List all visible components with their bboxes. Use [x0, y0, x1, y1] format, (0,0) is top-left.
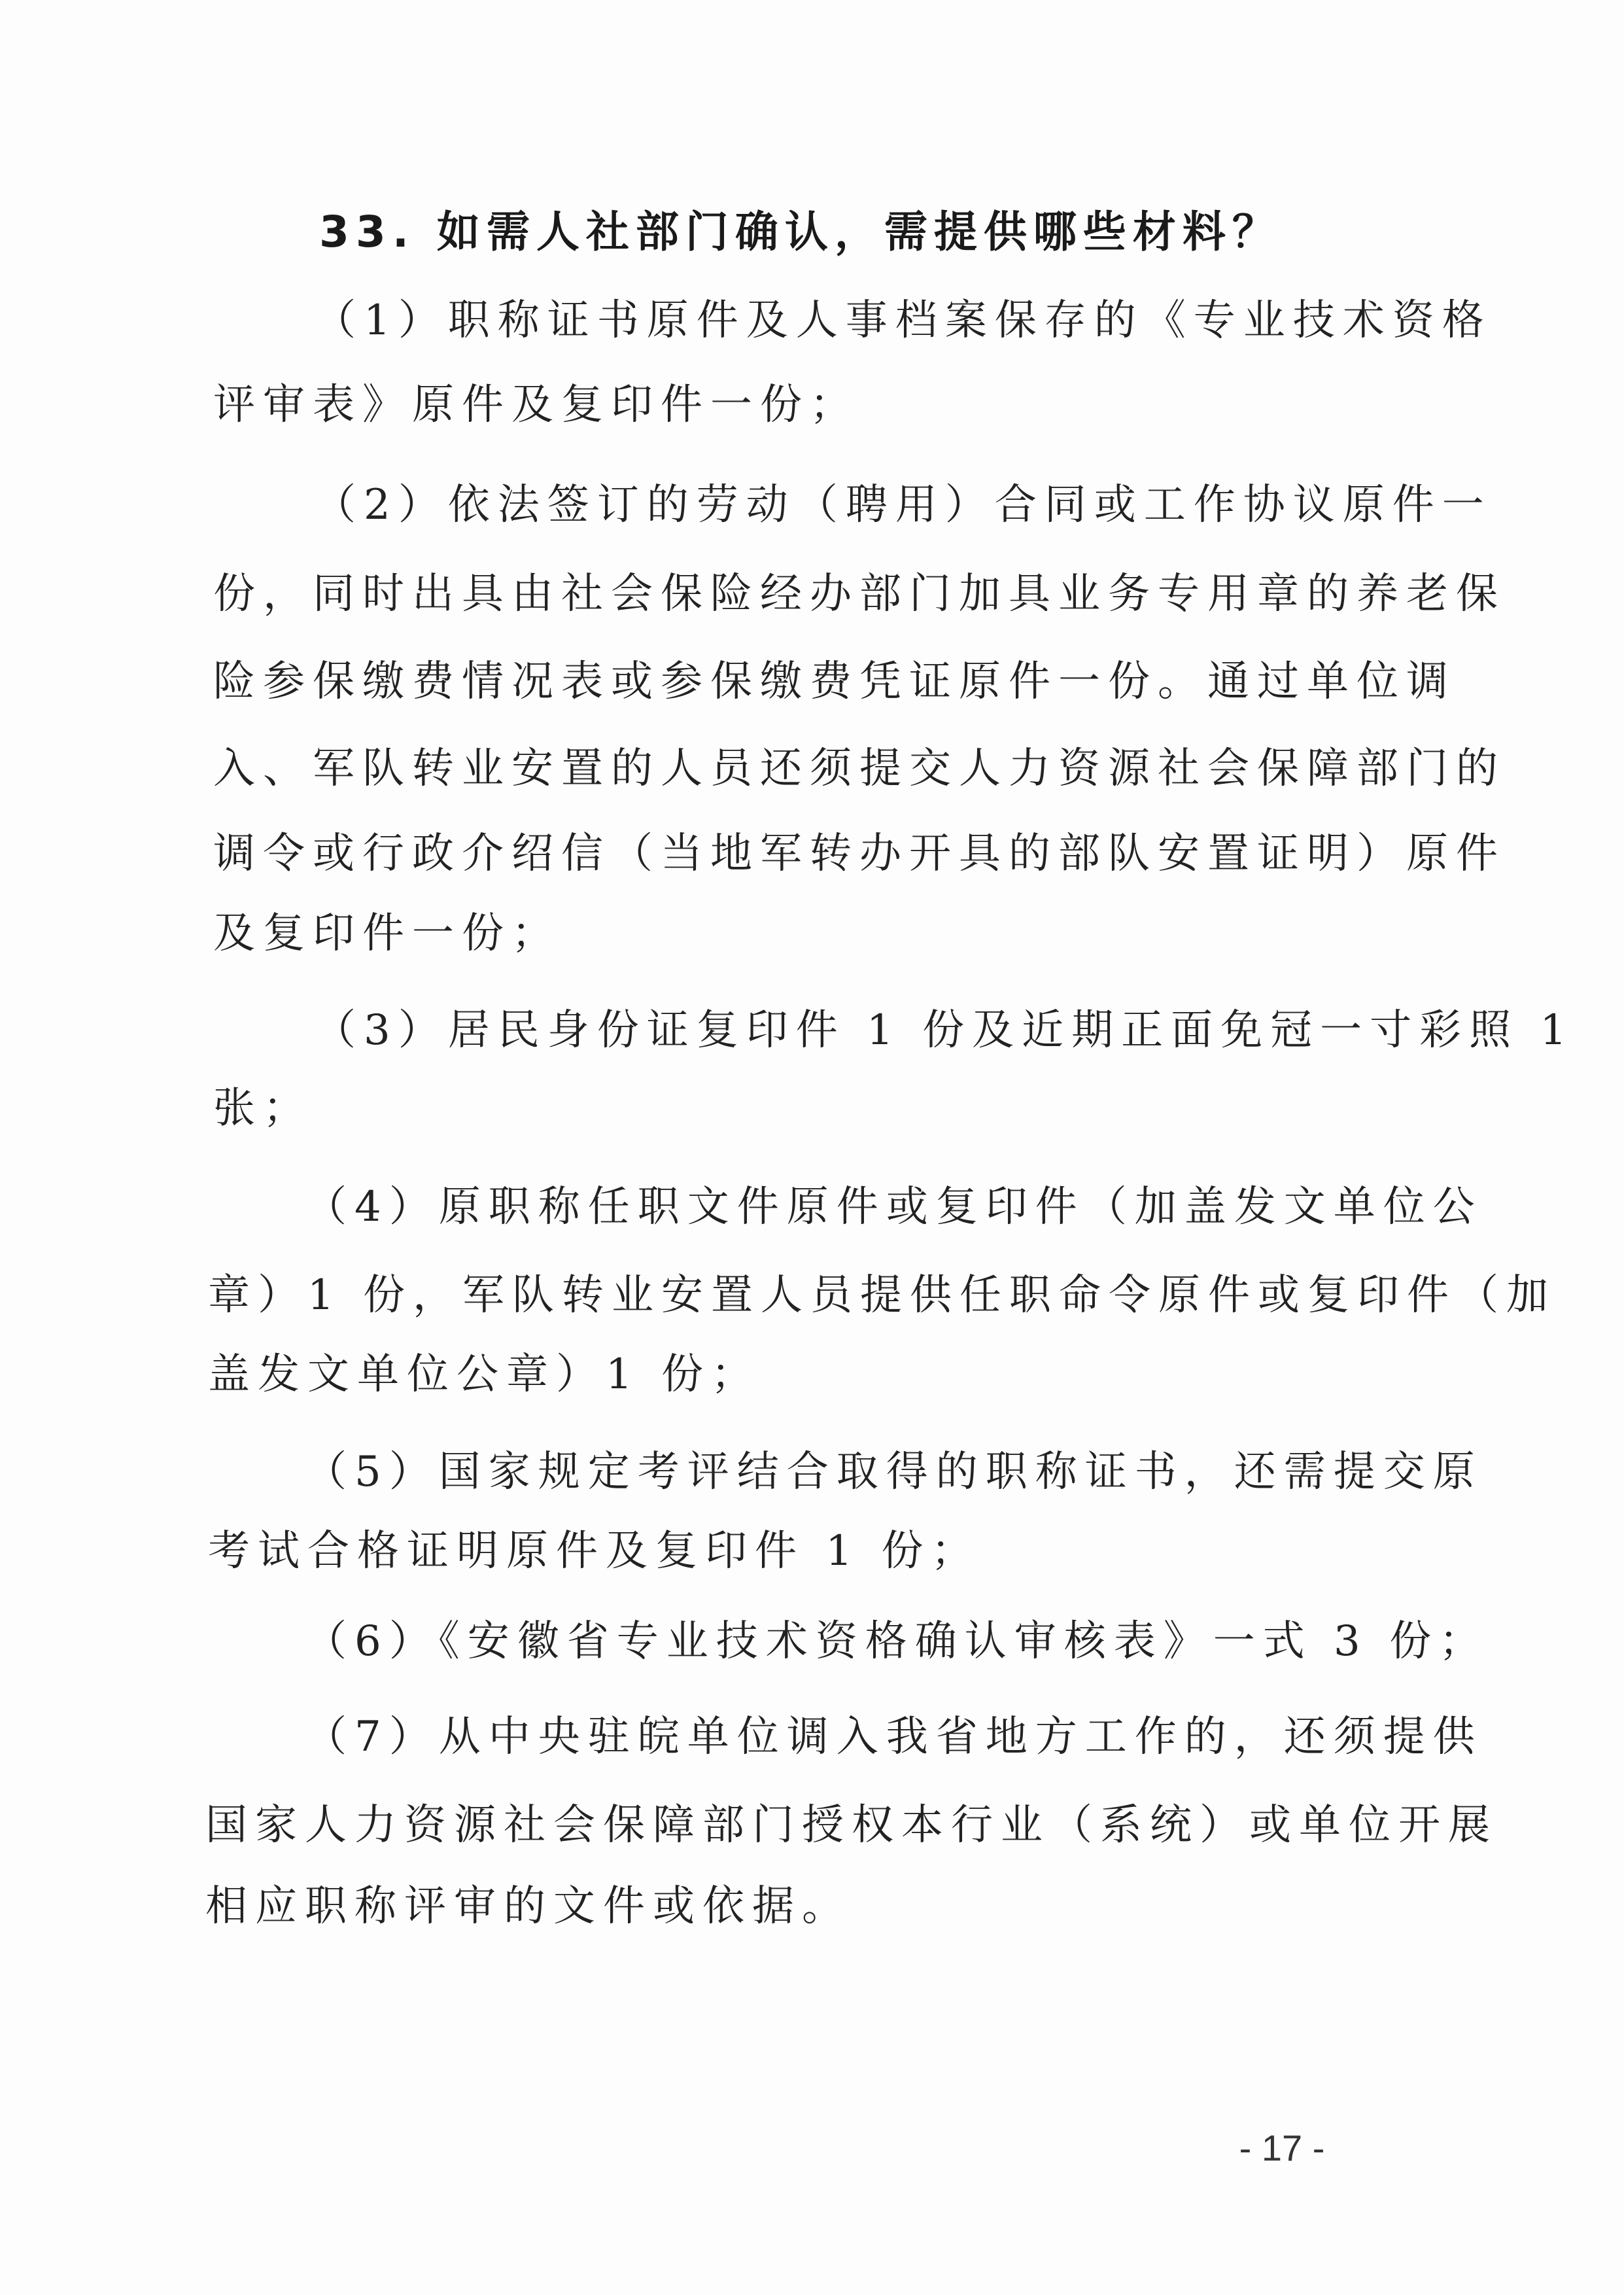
item-4-line-2: 章）1 份，军队转业安置人员提供任职命令原件或复印件（加: [208, 1269, 1556, 1322]
item-7-line-3: 相应职称评审的文件或依据。: [205, 1880, 852, 1933]
item-5-line-2: 考试合格证明原件及复印件 1 份；: [208, 1525, 980, 1577]
item-7-line-2: 国家人力资源社会保障部门授权本行业（系统）或单位开展: [205, 1799, 1498, 1851]
item-2-line-1: （2）依法签订的劳动（聘用）合同或工作协议原件一: [314, 479, 1492, 531]
item-5-line-1: （5）国家规定考评结合取得的职称证书，还需提交原: [305, 1446, 1483, 1498]
item-2-line-2: 份，同时出具由社会保险经办部门加具业务专用章的养老保: [213, 568, 1506, 620]
question-title: 33. 如需人社部门确认，需提供哪些材料？: [319, 206, 1282, 258]
item-7-line-1: （7）从中央驻皖单位调入我省地方工作的，还须提供: [305, 1711, 1483, 1763]
item-2-line-6: 及复印件一份；: [213, 907, 561, 960]
item-6-line-1: （6）《安徽省专业技术资格确认审核表》一式 3 份；: [305, 1615, 1489, 1668]
item-3-line-2: 张；: [213, 1082, 313, 1134]
item-2-line-3: 险参保缴费情况表或参保缴费凭证原件一份。通过单位调: [213, 656, 1456, 708]
item-1-line-1: （1）职称证书原件及人事档案保存的《专业技术资格: [314, 294, 1492, 347]
item-4-line-1: （4）原职称任职文件原件或复印件（加盖发文单位公: [305, 1181, 1483, 1233]
item-4-line-3: 盖发文单位公章）1 份；: [208, 1348, 761, 1401]
document-page: 33. 如需人社部门确认，需提供哪些材料？ （1）职称证书原件及人事档案保存的《…: [0, 0, 1624, 2295]
item-3-line-1: （3）居民身份证复印件 1 份及近期正面免冠一寸彩照 1: [314, 1004, 1574, 1057]
item-2-line-4: 入、军队转业安置的人员还须提交人力资源社会保障部门的: [213, 743, 1506, 795]
item-1-line-2: 评审表》原件及复印件一份；: [213, 379, 859, 431]
page-number: - 17 -: [1239, 2127, 1325, 2169]
item-2-line-5: 调令或行政介绍信（当地军转办开具的部队安置证明）原件: [213, 828, 1506, 880]
